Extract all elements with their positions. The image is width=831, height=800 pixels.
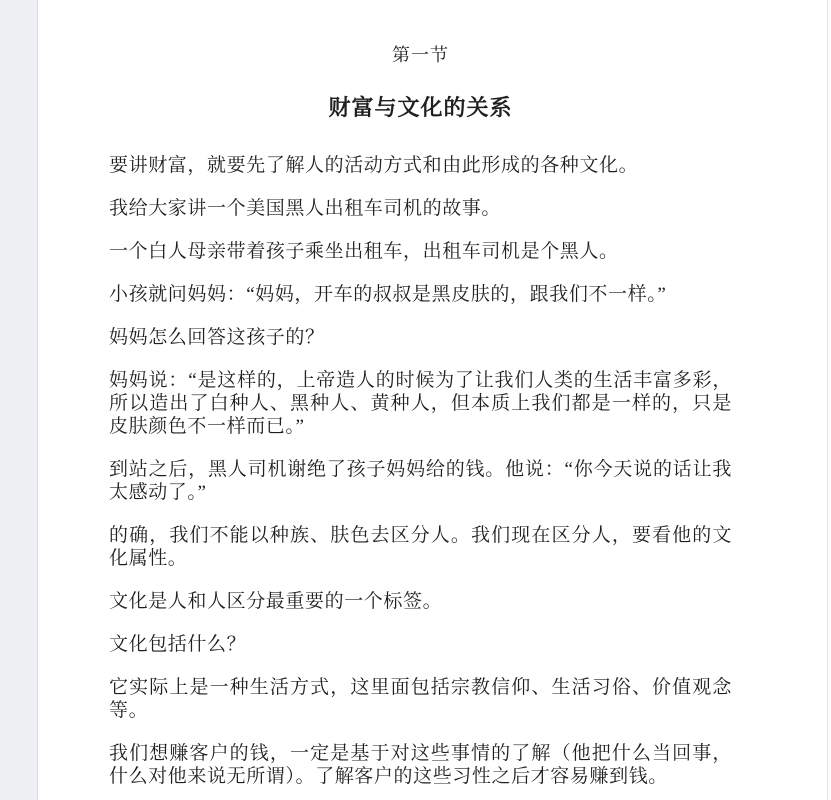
paragraph: 一个白人母亲带着孩子乘坐出租车，出租车司机是个黑人。 xyxy=(109,240,732,263)
paragraph: 要讲财富，就要先了解人的活动方式和由此形成的各种文化。 xyxy=(109,154,732,177)
chapter-title: 财富与文化的关系 xyxy=(109,93,732,123)
paragraph: 文化包括什么？ xyxy=(109,633,732,656)
paragraph: 妈妈说：“是这样的，上帝造人的时候为了让我们人类的生活丰富多彩，所以造出了白种人… xyxy=(109,369,732,438)
paragraph: 我给大家讲一个美国黑人出租车司机的故事。 xyxy=(109,197,732,220)
reader-viewport: 第一节 财富与文化的关系 要讲财富，就要先了解人的活动方式和由此形成的各种文化。… xyxy=(0,0,831,800)
left-gutter xyxy=(0,0,38,800)
paragraph: 文化是人和人区分最重要的一个标签。 xyxy=(109,590,732,613)
paragraph: 到站之后，黑人司机谢绝了孩子妈妈给的钱。他说：“你今天说的话让我太感动了。” xyxy=(109,458,732,504)
paragraph: 妈妈怎么回答这孩子的？ xyxy=(109,326,732,349)
section-label: 第一节 xyxy=(109,43,732,67)
paragraph: 的确，我们不能以种族、肤色去区分人。我们现在区分人，要看他的文化属性。 xyxy=(109,524,732,570)
paragraph: 小孩就问妈妈：“妈妈，开车的叔叔是黑皮肤的，跟我们不一样。” xyxy=(109,283,732,306)
paragraph: 我们想赚客户的钱，一定是基于对这些事情的了解（他把什么当回事，什么对他来说无所谓… xyxy=(109,742,732,788)
document-page: 第一节 财富与文化的关系 要讲财富，就要先了解人的活动方式和由此形成的各种文化。… xyxy=(38,0,827,800)
paragraph: 它实际上是一种生活方式，这里面包括宗教信仰、生活习俗、价值观念等。 xyxy=(109,676,732,722)
right-page-edge xyxy=(827,0,831,800)
